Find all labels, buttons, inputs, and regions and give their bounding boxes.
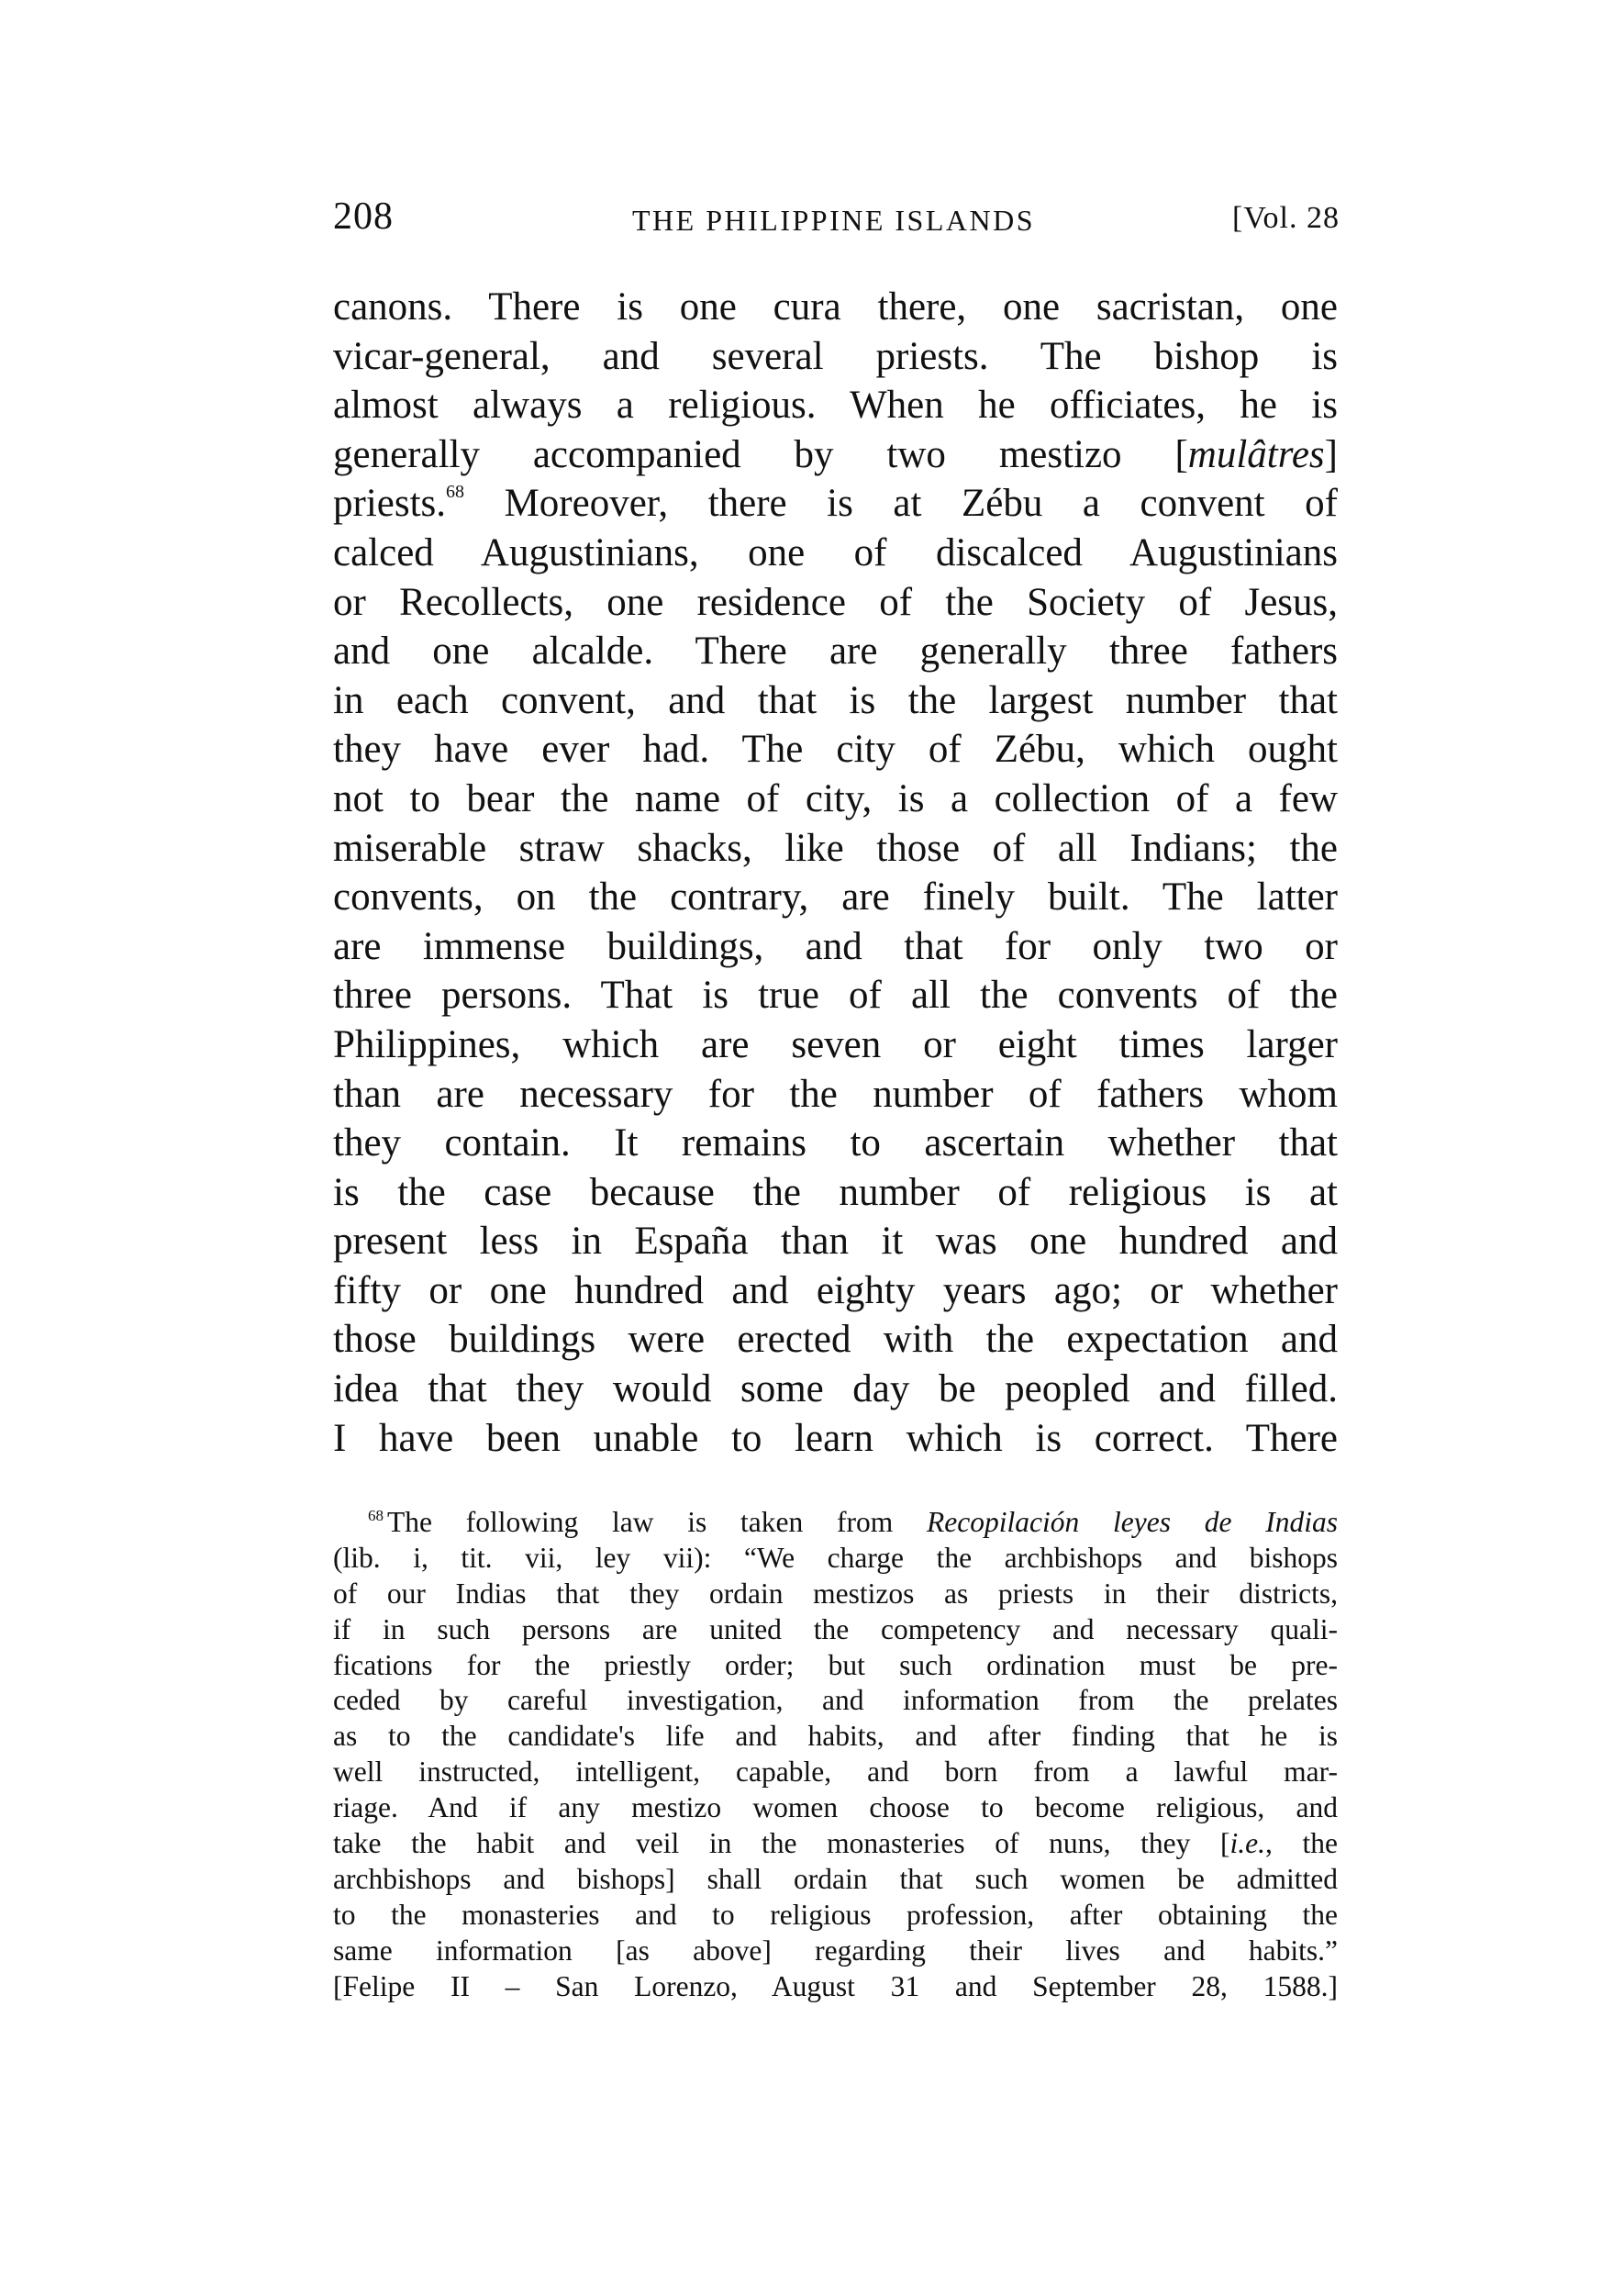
footnote-line: if in such persons are united the compet… — [333, 1612, 1338, 1648]
body-line: three persons. That is true of all the c… — [333, 971, 1338, 1020]
body-line: are immense buildings, and that for only… — [333, 922, 1338, 972]
body-line: is the case because the number of religi… — [333, 1168, 1338, 1218]
body-line: generally accompanied by two mestizo [mu… — [333, 430, 1338, 480]
body-line: than are necessary for the number of fat… — [333, 1070, 1338, 1120]
footnote-line: take the habit and veil in the monasteri… — [333, 1826, 1338, 1862]
footnote-line: riage. And if any mestizo women choose t… — [333, 1790, 1338, 1826]
footnote-line: as to the candidate's life and habits, a… — [333, 1719, 1338, 1755]
body-text-run: Moreover, there is at Zébu a convent of — [464, 482, 1338, 525]
body-line: present less in España than it was one h… — [333, 1217, 1338, 1266]
body-line: or Recollects, one residence of the Soci… — [333, 578, 1338, 628]
body-line: miserable straw shacks, like those of al… — [333, 824, 1338, 874]
italic-abbrev: i.e. — [1230, 1827, 1265, 1859]
body-line: they have ever had. The city of Zébu, wh… — [333, 725, 1338, 775]
body-line: I have been unable to learn which is cor… — [333, 1414, 1338, 1464]
footnote-line: of our Indias that they ordain mestizos … — [333, 1577, 1338, 1612]
body-text-run: generally accompanied by two mestizo [ — [333, 433, 1188, 476]
footnote-line: to the monasteries and to religious prof… — [333, 1898, 1338, 1934]
body-line: Philippines, which are seven or eight ti… — [333, 1020, 1338, 1070]
body-line: not to bear the name of city, is a colle… — [333, 775, 1338, 824]
running-title: THE PHILIPPINE ISLANDS — [333, 193, 1340, 248]
footnote-text-run: take the habit and veil in the monasteri… — [333, 1827, 1230, 1859]
body-line: vicar-general, and several priests. The … — [333, 332, 1338, 382]
italic-term: mulâtres — [1188, 433, 1325, 476]
body-line: they contain. It remains to ascertain wh… — [333, 1119, 1338, 1168]
footnote-text-run: , the — [1265, 1827, 1338, 1859]
volume-label: [Vol. 28 — [1232, 191, 1340, 246]
body-line: idea that they would some day be peopled… — [333, 1365, 1338, 1414]
footnote-reference[interactable]: 68 — [446, 482, 464, 502]
body-line: those buildings were erected with the ex… — [333, 1315, 1338, 1365]
footnote-number: 68 — [368, 1507, 384, 1524]
body-line: canons. There is one cura there, one sac… — [333, 283, 1338, 332]
footnote: 68The following law is taken from Recopi… — [333, 1505, 1338, 2004]
footnote-text-run: The following law is taken from — [387, 1506, 927, 1538]
footnote-line: [Felipe II – San Lorenzo, August 31 and … — [333, 1969, 1338, 2005]
body-line: in each convent, and that is the largest… — [333, 676, 1338, 726]
footnote-line: (lib. i, tit. vii, ley vii): “We charge … — [333, 1541, 1338, 1577]
footnote-line: same information [as above] regarding th… — [333, 1934, 1338, 1969]
footnote-line: archbishops and bishops] shall ordain th… — [333, 1862, 1338, 1898]
body-line: priests.68 Moreover, there is at Zébu a … — [333, 479, 1338, 529]
footnote-line: well instructed, intelligent, capable, a… — [333, 1755, 1338, 1790]
body-text-run: ] — [1325, 433, 1338, 476]
running-header: 208 THE PHILIPPINE ISLANDS [Vol. 28 — [333, 189, 1340, 244]
body-text: canons. There is one cura there, one sac… — [333, 283, 1338, 1463]
body-line: and one alcalde. There are generally thr… — [333, 627, 1338, 676]
footnote-line: 68The following law is taken from Recopi… — [333, 1505, 1338, 1541]
body-line: almost always a religious. When he offic… — [333, 381, 1338, 430]
body-line: calced Augustinians, one of discalced Au… — [333, 529, 1338, 578]
body-text-run: priests. — [333, 482, 446, 525]
book-page: 208 THE PHILIPPINE ISLANDS [Vol. 28 cano… — [0, 0, 1624, 2274]
body-line: convents, on the contrary, are finely bu… — [333, 873, 1338, 922]
footnote-line: fications for the priestly order; but su… — [333, 1648, 1338, 1684]
italic-title: Recopilación leyes de Indias — [927, 1506, 1338, 1538]
footnote-line: ceded by careful investigation, and info… — [333, 1683, 1338, 1719]
body-line: fifty or one hundred and eighty years ag… — [333, 1266, 1338, 1316]
